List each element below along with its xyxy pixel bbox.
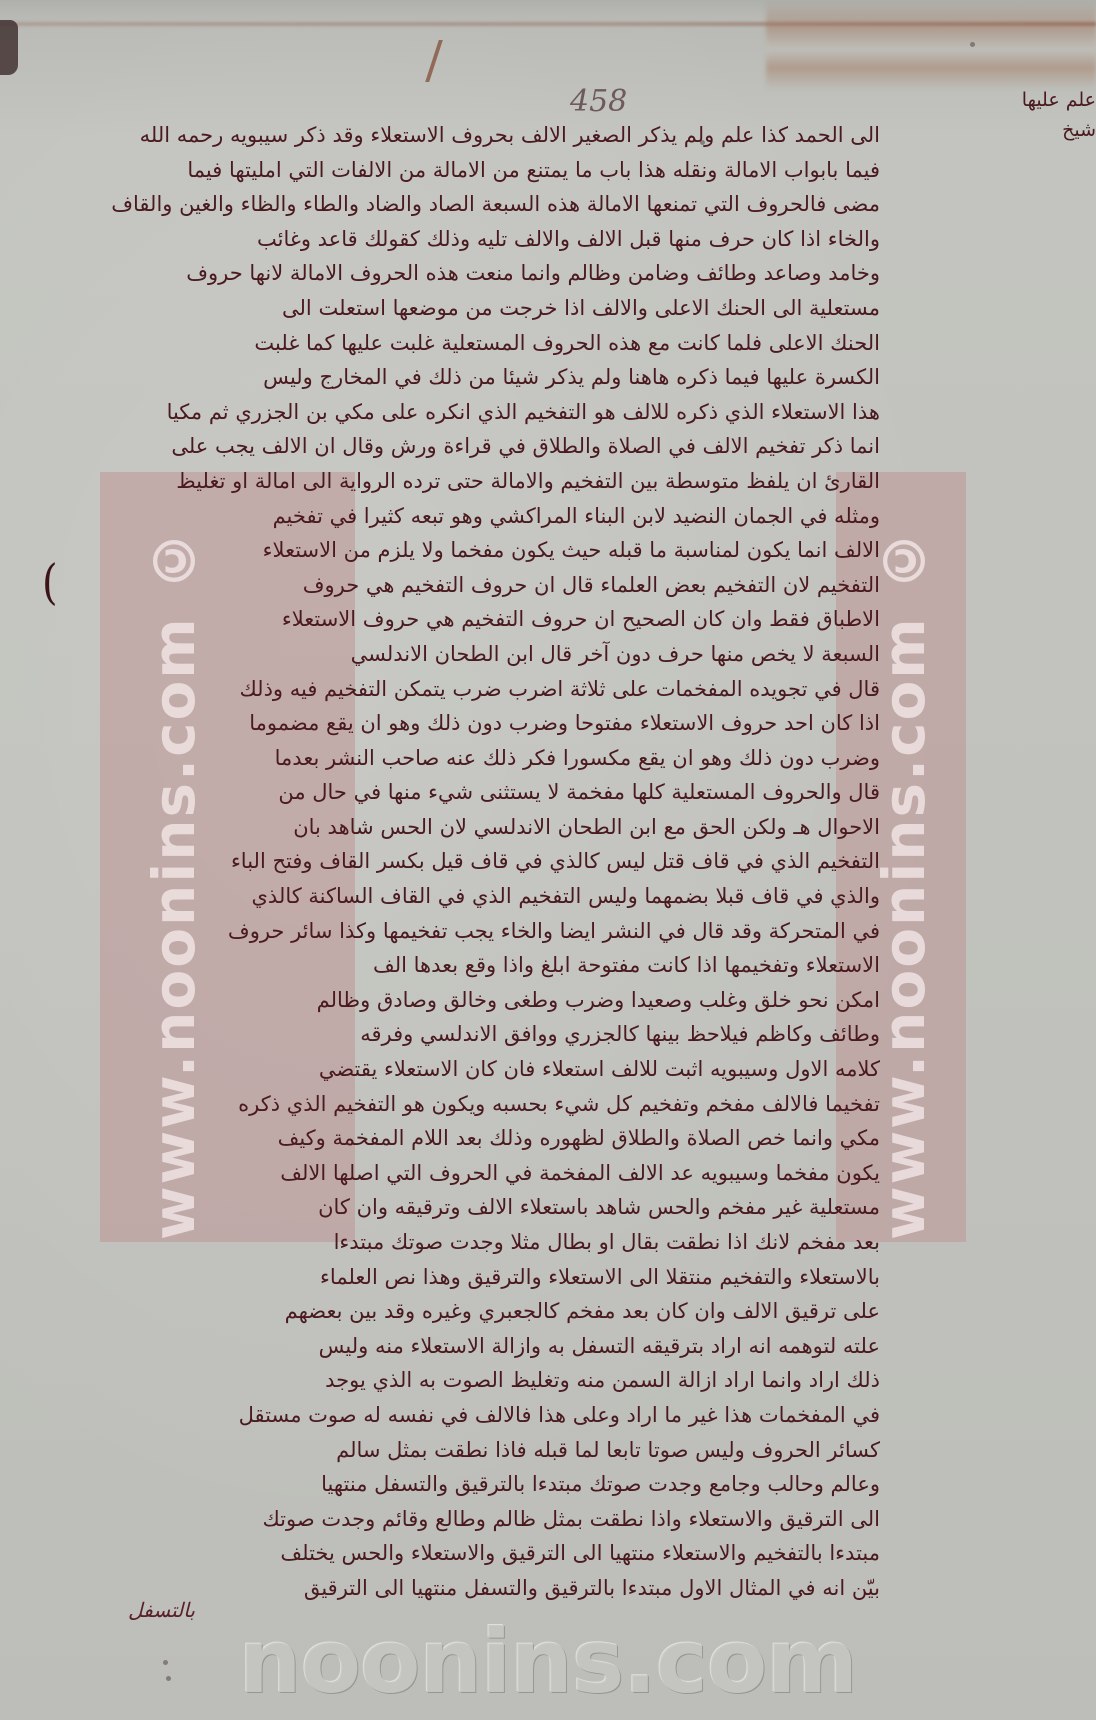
- manuscript-line: الكسرة عليها فيما ذكره هاهنا ولم يذكر شي…: [70, 360, 880, 395]
- manuscript-line: مستعلية الى الحنك الاعلى والالف اذا خرجت…: [70, 291, 880, 326]
- manuscript-line: ذلك اراد وانما اراد ازالة السمن منه وتغل…: [70, 1363, 880, 1398]
- margin-bracket-mark: (: [42, 555, 58, 610]
- manuscript-line: مضى فالحروف التي تمنعها الامالة هذه السب…: [70, 187, 880, 222]
- manuscript-line: بالاستعلاء والتفخيم منتقلا الى الاستعلاء…: [70, 1260, 880, 1295]
- margin-note-line: علم عليها: [1000, 85, 1096, 115]
- manuscript-line: الحنك الاعلى فلما كانت مع هذه الحروف الم…: [70, 326, 880, 361]
- manuscript-line: والخاء اذا كان حرف منها قبل الالف والالف…: [70, 222, 880, 257]
- corner-stain: [766, 0, 1096, 90]
- ink-speck: [166, 1676, 171, 1681]
- manuscript-line: هذا الاستعلاء الذي ذكره للالف هو التفخيم…: [70, 395, 880, 430]
- watermark-vertical-left: www.noonins.com ©: [140, 480, 208, 1240]
- margin-note-line: شيخ: [1000, 115, 1096, 145]
- manuscript-line: فيما بابواب الامالة ونقله هذا باب ما يمت…: [70, 153, 880, 188]
- manuscript-line: مبتدءا بالتفخيم والاستعلاء منتهيا الى ال…: [70, 1536, 880, 1571]
- ink-speck: [970, 42, 975, 47]
- page-number: 458: [570, 84, 627, 119]
- manuscript-line: كسائر الحروف وليس صوتا تابعا لما قبله فا…: [70, 1433, 880, 1468]
- ink-speck: [163, 1660, 168, 1665]
- manuscript-line: في المفخمات هذا غير ما اراد وعلى هذا فال…: [70, 1398, 880, 1433]
- ink-speck: [700, 140, 705, 145]
- manuscript-line: وخامد وصاعد وطائف وضامن وظالم وانما منعت…: [70, 256, 880, 291]
- manuscript-line: وعالم وحالب وجامع وجدت صوتك مبتدءا بالتر…: [70, 1467, 880, 1502]
- watermark-vertical-right: www.noonins.com ©: [870, 480, 938, 1240]
- manuscript-line: على ترقيق الالف وان كان بعد مفخم كالجعبر…: [70, 1294, 880, 1329]
- binding-edge-mark: [0, 20, 18, 75]
- margin-note: علم عليها شيخ: [1000, 85, 1096, 145]
- ink-stroke-mark: [425, 40, 455, 82]
- manuscript-line: الى الحمد كذا علم ولم يذكر الصغير الالف …: [70, 118, 880, 153]
- manuscript-line: الى الترقيق والاستعلاء واذا نطقت بمثل ظا…: [70, 1502, 880, 1537]
- manuscript-line: علته لتوهمه انه اراد بترقيقه التسفل به و…: [70, 1329, 880, 1364]
- manuscript-line: انما ذكر تفخيم الالف في الصلاة والطلاق ف…: [70, 429, 880, 464]
- manuscript-page: 458 علم عليها شيخ ( الى الحمد كذا علم ول…: [0, 0, 1096, 1720]
